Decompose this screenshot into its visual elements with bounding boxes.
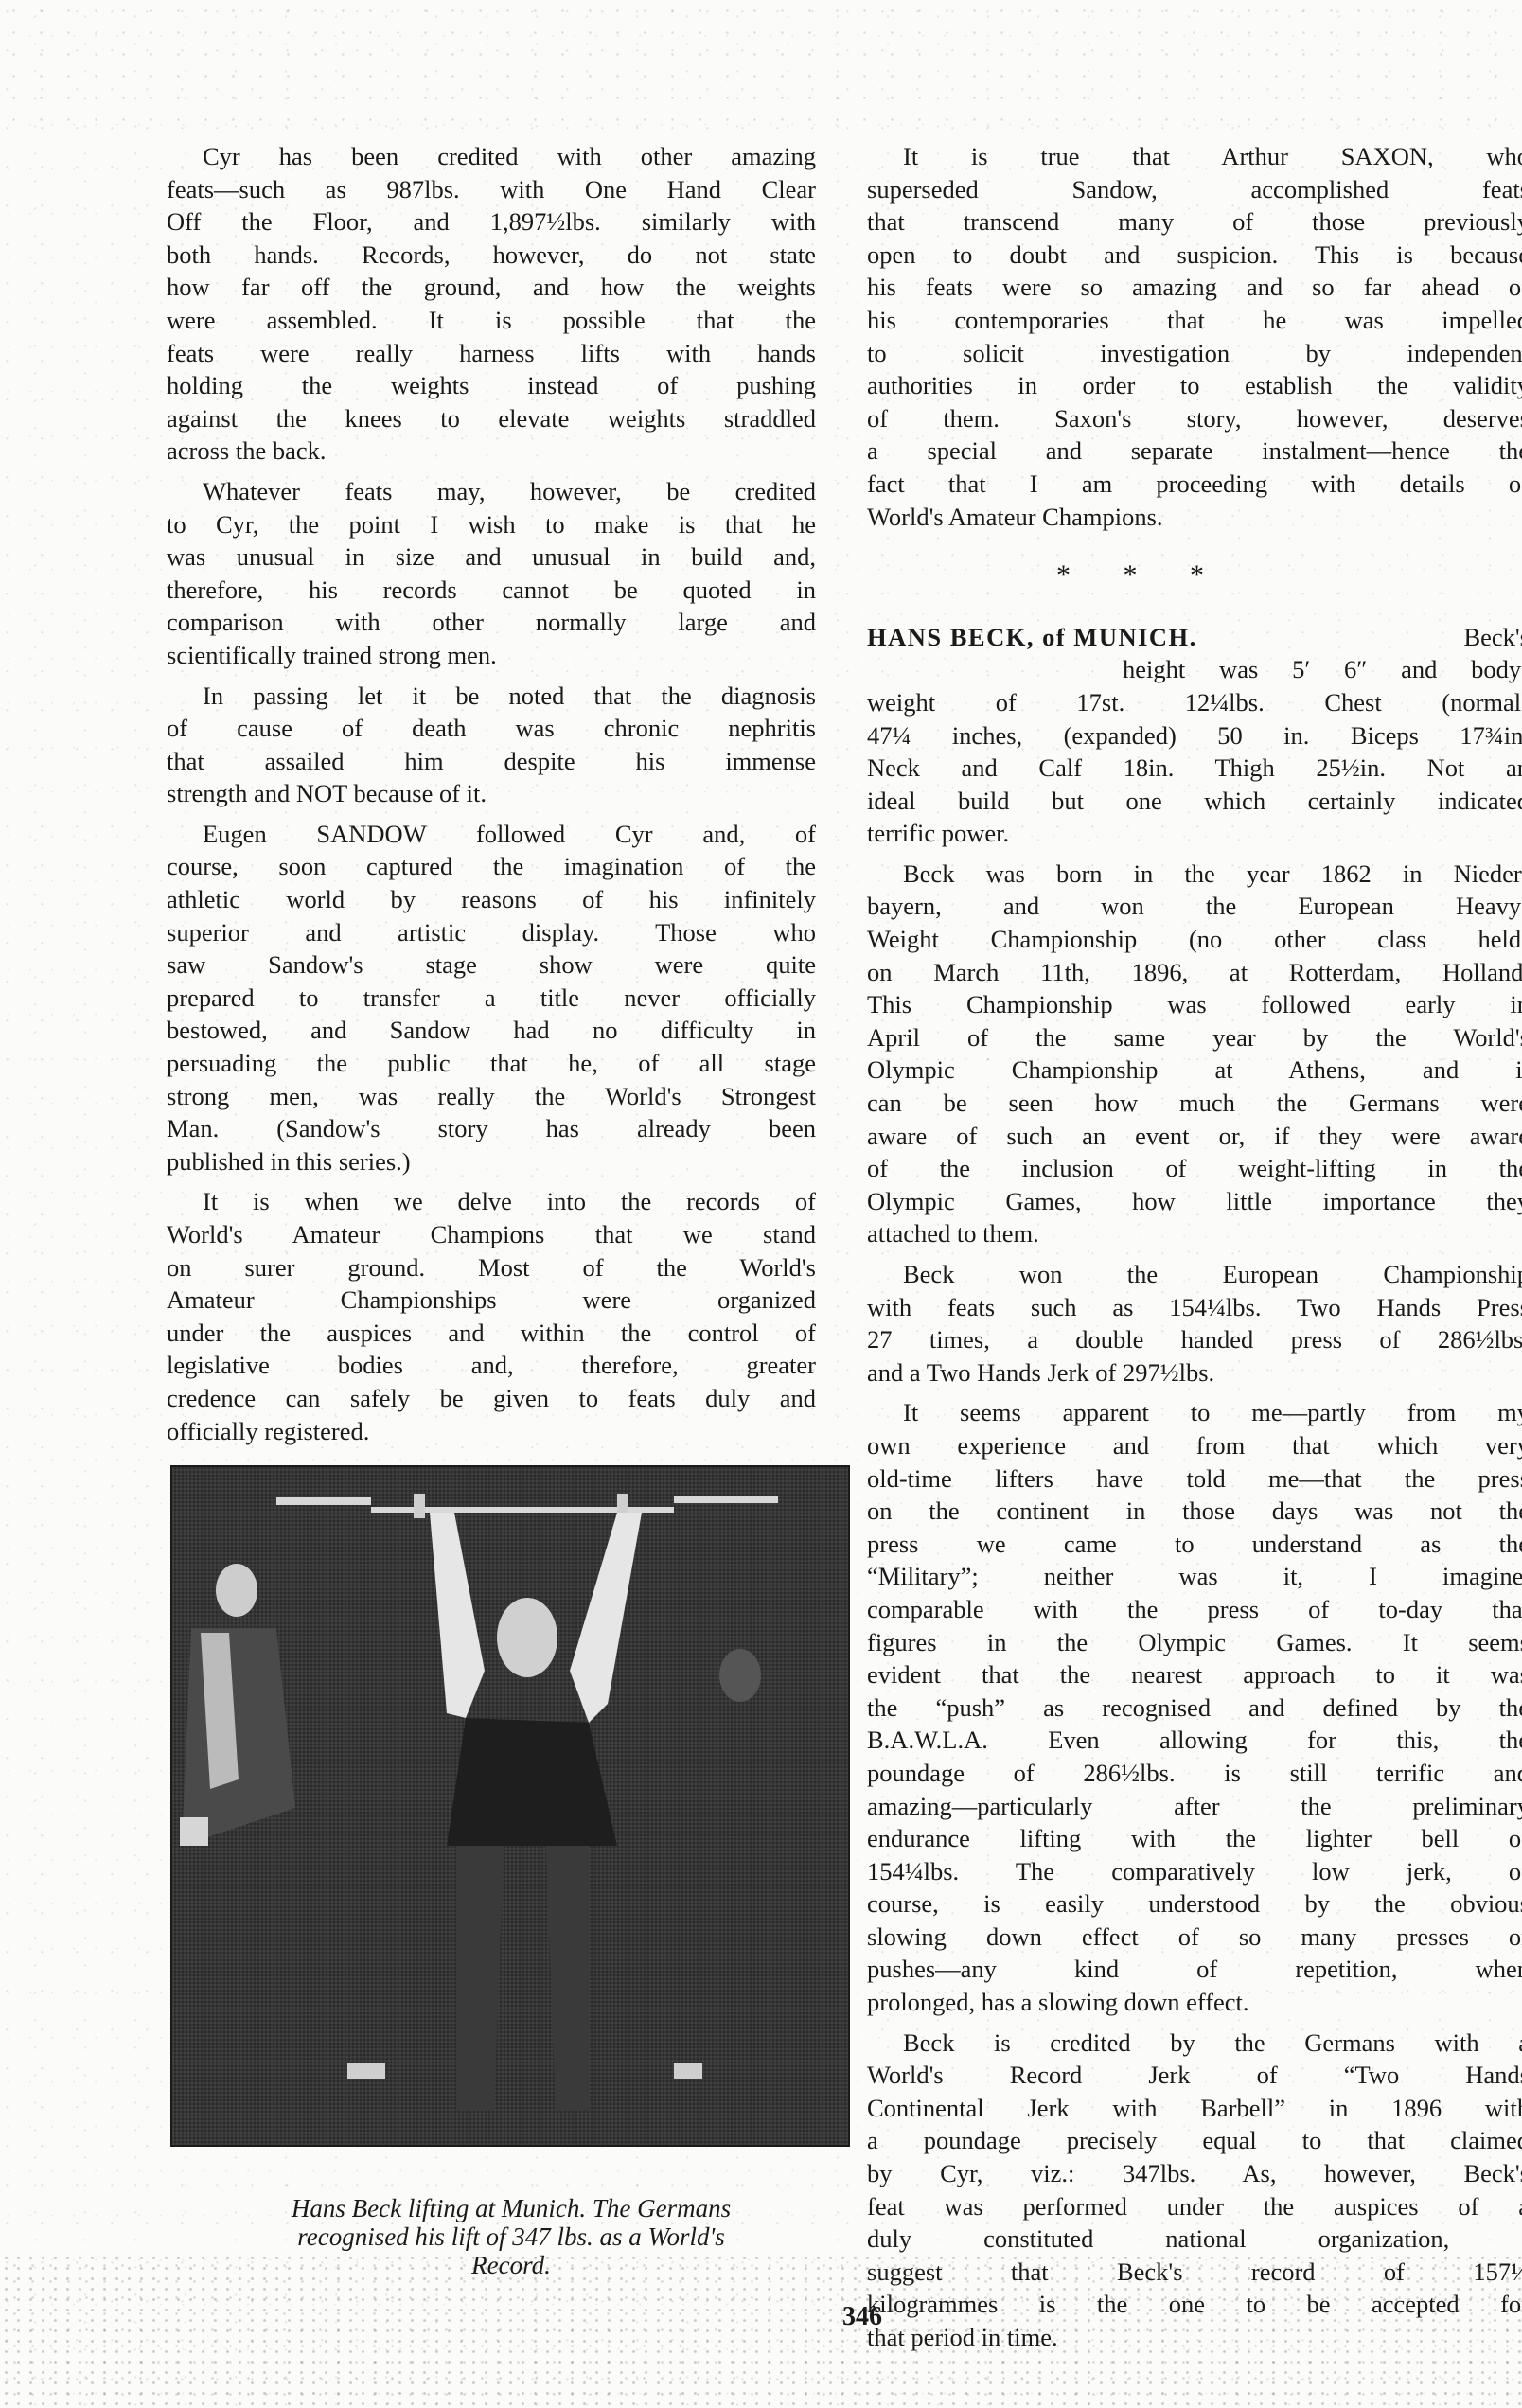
text-line: terrific power. xyxy=(867,817,1522,850)
text-line: holding the weights instead of pushing xyxy=(167,369,816,402)
text-line: World's Amateur Champions. xyxy=(867,501,1522,534)
caption-line: Hans Beck lifting at Munich. The Germans xyxy=(180,2194,842,2222)
lifter-illustration xyxy=(172,1467,848,2145)
text-line: April of the same year by the World's xyxy=(867,1021,1522,1054)
text-line: bayern, and won the European Heavy- xyxy=(867,890,1522,923)
text-line: press we came to understand as the xyxy=(867,1528,1522,1561)
text-line: and a Two Hands Jerk of 297½lbs. xyxy=(867,1356,1522,1390)
text-line: on surer ground. Most of the World's xyxy=(167,1251,816,1284)
text-line: This Championship was followed early in xyxy=(867,988,1522,1021)
section-heading-title: HANS BECK, of MUNICH. xyxy=(867,621,1197,654)
text-line: of cause of death was chronic nephritis xyxy=(167,712,816,745)
text-line: was unusual in size and unusual in build… xyxy=(167,540,816,574)
paragraph-amateur-champions: It is when we delve into the records of … xyxy=(167,1185,816,1447)
text-line: fact that I am proceeding with details o… xyxy=(867,468,1522,501)
text-line: Amateur Championships were organized xyxy=(167,1284,816,1317)
text-line: Neck and Calf 18in. Thigh 25½in. Not an xyxy=(867,752,1522,785)
text-line: 27 times, a double handed press of 286½l… xyxy=(867,1323,1522,1356)
page-number: 346 xyxy=(842,2302,882,2332)
text-line: World's Record Jerk of “Two Hands xyxy=(867,2059,1522,2092)
text-line: both hands. Records, however, do not sta… xyxy=(167,239,816,272)
text-line: It seems apparent to me—partly from my xyxy=(867,1396,1522,1429)
text-line: pushes—any kind of repetition, when xyxy=(867,1953,1522,1986)
text-line: a poundage precisely equal to that claim… xyxy=(867,2124,1522,2157)
text-line: slowing down effect of so many presses o… xyxy=(867,1921,1522,1954)
text-line: on the continent in those days was not t… xyxy=(867,1495,1522,1528)
text-line: strong men, was really the World's Stron… xyxy=(167,1080,816,1113)
text-line: It is when we delve into the records of xyxy=(167,1185,816,1218)
text-line: how far off the ground, and how the weig… xyxy=(167,271,816,304)
text-line: World's Amateur Champions that we stand xyxy=(167,1218,816,1251)
text-line: against the knees to elevate weights str… xyxy=(167,402,816,435)
text-line: comparable with the press of to-day that xyxy=(867,1593,1522,1626)
text-line: amazing—particularly after the prelimina… xyxy=(867,1790,1522,1823)
text-line: legislative bodies and, therefore, great… xyxy=(167,1349,816,1382)
heading-line: HANS BECK, of MUNICH. Beck's xyxy=(867,621,1522,654)
text-line: prepared to transfer a title never offic… xyxy=(167,982,816,1015)
section-break-asterisks: * * * xyxy=(867,559,1522,593)
text-line: the “push” as recognised and defined by … xyxy=(867,1691,1522,1725)
paragraph-cyr-unusual: Whatever feats may, however, be credited… xyxy=(167,475,816,672)
text-line: 154¼lbs. The comparatively low jerk, of xyxy=(867,1855,1522,1888)
text-line: Eugen SANDOW followed Cyr and, of xyxy=(167,818,816,851)
text-line: credence can safely be given to feats du… xyxy=(167,1382,816,1415)
text-line: “Military”; neither was it, I imagine, xyxy=(867,1560,1522,1593)
text-line: officially registered. xyxy=(167,1415,816,1448)
paragraph-cyr-feats: Cyr has been credited with other amazing… xyxy=(167,140,816,468)
text-line: weight of 17st. 12¼lbs. Chest (normal) xyxy=(867,686,1522,719)
text-line: superseded Sandow, accomplished feats xyxy=(867,173,1522,206)
text-line: his contemporaries that he was impelled xyxy=(867,304,1522,337)
text-line: published in this series.) xyxy=(167,1145,816,1178)
text-line: figures in the Olympic Games. It seems xyxy=(867,1626,1522,1659)
text-line: height was 5′ 6″ and body- xyxy=(867,653,1522,686)
section-heading-hans-beck: HANS BECK, of MUNICH. Beck's height was … xyxy=(867,621,1522,850)
text-line: strength and NOT because of it. xyxy=(167,777,816,810)
paragraph-beck-record-jerk: Beck is credited by the Germans with a W… xyxy=(867,2027,1522,2354)
text-line: course, is easily understood by the obvi… xyxy=(867,1887,1522,1921)
text-line: Weight Championship (no other class held… xyxy=(867,923,1522,956)
paragraph-beck-european: Beck won the European Championship with … xyxy=(867,1258,1522,1389)
text-line: Beck is credited by the Germans with a xyxy=(867,2027,1522,2060)
text-line: bestowed, and Sandow had no difficulty i… xyxy=(167,1014,816,1047)
text-line: Off the Floor, and 1,897½lbs. similarly … xyxy=(167,205,816,239)
text-line: poundage of 286½lbs. is still terrific a… xyxy=(867,1757,1522,1790)
text-line: open to doubt and suspicion. This is bec… xyxy=(867,239,1522,272)
text-line: old-time lifters have told me—that the p… xyxy=(867,1462,1522,1496)
right-column: It is true that Arthur SAXON, who supers… xyxy=(867,140,1522,2362)
text-line: attached to them. xyxy=(867,1217,1522,1250)
text-line: prolonged, has a slowing down effect. xyxy=(867,1986,1522,2019)
paragraph-cyr-death: In passing let it be noted that the diag… xyxy=(167,680,816,810)
text-line: feats were really harness lifts with han… xyxy=(167,337,816,370)
text-line: suggest that Beck's record of 157½ xyxy=(867,2256,1522,2289)
caption-line: recognised his lift of 347 lbs. as a Wor… xyxy=(180,2222,842,2251)
paragraph-press-comparison: It seems apparent to me—partly from my o… xyxy=(867,1396,1522,2018)
text-line: authorities in order to establish the va… xyxy=(867,369,1522,402)
caption-line: Record. xyxy=(180,2251,842,2279)
text-line: to solicit investigation by independent xyxy=(867,337,1522,370)
paragraph-beck-born: Beck was born in the year 1862 in Nieder… xyxy=(867,858,1522,1250)
text-line: aware of such an event or, if they were … xyxy=(867,1120,1522,1153)
text-line: were assembled. It is possible that the xyxy=(167,304,816,337)
text-line: therefore, his records cannot be quoted … xyxy=(167,574,816,607)
text-line: kilogrammes is the one to be accepted fo… xyxy=(867,2288,1522,2321)
text-line: scientifically trained strong men. xyxy=(167,639,816,672)
text-line: feats—such as 987lbs. with One Hand Clea… xyxy=(167,173,816,206)
text-line: of them. Saxon's story, however, deserve… xyxy=(867,402,1522,435)
text-line: Olympic Games, how little importance the… xyxy=(867,1185,1522,1218)
text-line: feat was performed under the auspices of… xyxy=(867,2190,1522,2223)
text-line: that transcend many of those previously xyxy=(867,205,1522,239)
text-line: Man. (Sandow's story has already been xyxy=(167,1112,816,1145)
text-line: It is true that Arthur SAXON, who xyxy=(867,140,1522,173)
text-line: own experience and from that which very xyxy=(867,1429,1522,1462)
text-line: to Cyr, the point I wish to make is that… xyxy=(167,508,816,541)
text-line: course, soon captured the imagination of… xyxy=(167,850,816,883)
text-line: that assailed him despite his immense xyxy=(167,745,816,778)
text-line: on March 11th, 1896, at Rotterdam, Holla… xyxy=(867,956,1522,989)
text-line: athletic world by reasons of his infinit… xyxy=(167,883,816,916)
text-line: Beck won the European Championship xyxy=(867,1258,1522,1291)
text-line: In passing let it be noted that the diag… xyxy=(167,680,816,713)
text-line: evident that the nearest approach to it … xyxy=(867,1658,1522,1691)
text-line: can be seen how much the Germans were xyxy=(867,1087,1522,1120)
text-line: endurance lifting with the lighter bell … xyxy=(867,1822,1522,1855)
heading-line-tail: Beck's xyxy=(1463,621,1522,654)
text-line: duly constituted national organization, … xyxy=(867,2222,1522,2256)
text-line: Whatever feats may, however, be credited xyxy=(167,475,816,508)
text-line: a special and separate instalment—hence … xyxy=(867,434,1522,468)
text-line: saw Sandow's stage show were quite xyxy=(167,948,816,982)
text-line: superior and artistic display. Those who xyxy=(167,916,816,949)
text-line: comparison with other normally large and xyxy=(167,606,816,639)
text-line: that period in time. xyxy=(867,2321,1522,2354)
paragraph-sandow: Eugen SANDOW followed Cyr and, of course… xyxy=(167,818,816,1178)
text-line: of the inclusion of weight-lifting in th… xyxy=(867,1152,1522,1185)
text-line: 47¼ inches, (expanded) 50 in. Biceps 17¾… xyxy=(867,719,1522,752)
photo-caption: Hans Beck lifting at Munich. The Germans… xyxy=(180,2194,842,2279)
left-column: Cyr has been credited with other amazing… xyxy=(167,140,816,1455)
scan-noise-top xyxy=(0,0,1522,133)
text-line: Beck was born in the year 1862 in Nieder… xyxy=(867,858,1522,891)
text-line: Olympic Championship at Athens, and it xyxy=(867,1053,1522,1087)
text-line: persuading the public that he, of all st… xyxy=(167,1047,816,1080)
paragraph-saxon: It is true that Arthur SAXON, who supers… xyxy=(867,140,1522,533)
text-line: with feats such as 154¼lbs. Two Hands Pr… xyxy=(867,1291,1522,1324)
text-line: his feats were so amazing and so far ahe… xyxy=(867,271,1522,304)
text-line: across the back. xyxy=(167,434,816,468)
text-line: under the auspices and within the contro… xyxy=(167,1317,816,1350)
photo-hans-beck-lifting xyxy=(170,1465,850,2147)
text-line: Cyr has been credited with other amazing xyxy=(167,140,816,173)
text-line: B.A.W.L.A. Even allowing for this, the xyxy=(867,1724,1522,1757)
text-line: ideal build but one which certainly indi… xyxy=(867,785,1522,818)
text-line: Continental Jerk with Barbell” in 1896 w… xyxy=(867,2092,1522,2125)
text-line: by Cyr, viz.: 347lbs. As, however, Beck'… xyxy=(867,2157,1522,2190)
